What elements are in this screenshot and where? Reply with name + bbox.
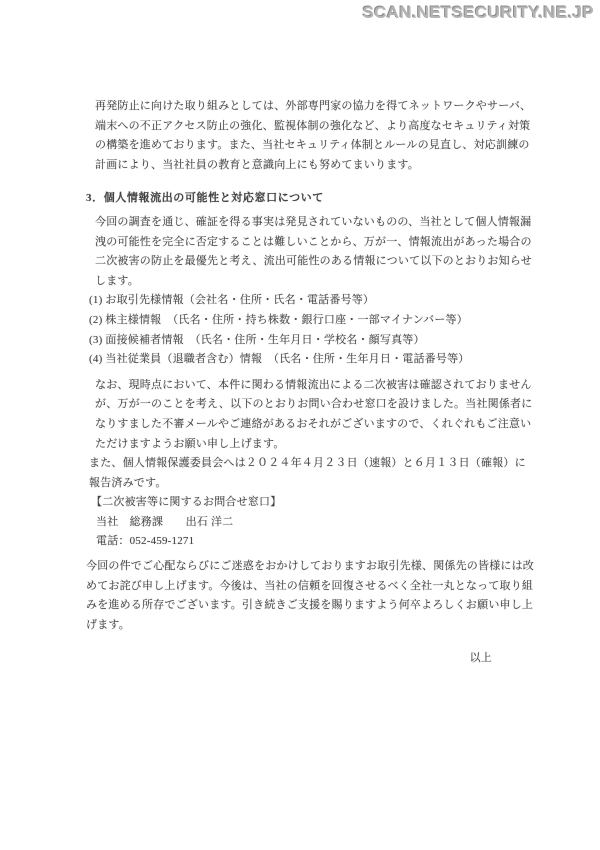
contact-window-block: 【二次被害等に関するお問合せ窓口】 当社 総務課 出石 洋二 電話：052-45… xyxy=(86,493,536,552)
text-line: ただけますようお願い申し上げます。 xyxy=(95,435,536,455)
scan-watermark: SCAN.NETSECURITY.NE.JP xyxy=(363,3,594,23)
text-line: が、万が一のことを考え、以下のとおりお問い合わせ窓口を設けました。当社関係者に xyxy=(95,395,536,415)
text-line: なお、現時点において、本件に関わる情報流出による二次被害は確認されておりません xyxy=(95,376,536,396)
leaked-info-list: (1) お取引先様情報（会社名・住所・氏名・電話番号等） (2) 株主様情報 （… xyxy=(86,291,536,369)
list-item: (1) お取引先様情報（会社名・住所・氏名・電話番号等） xyxy=(89,291,536,311)
signoff-ijou: 以上 xyxy=(86,649,536,669)
text-line: の構築を進めております。また、当社セキュリティ体制とルールの見直し、対応訓練の xyxy=(95,136,536,156)
text-line: 二次被害の防止を最優先と考え、流出可能性のある情報について以下のとおりお知らせ xyxy=(95,252,536,272)
contact-person: 当社 総務課 出石 洋二 xyxy=(86,513,536,533)
section3-heading: 3．個人情報流出の可能性と対応窓口について xyxy=(86,189,536,209)
paragraph-secondary-damage-notice: なお、現時点において、本件に関わる情報流出による二次被害は確認されておりません … xyxy=(86,376,536,454)
text-line: します。 xyxy=(95,272,536,292)
paragraph-apology: 今回の件でご心配ならびにご迷惑をおかけしておりますお取引先様、関係先の皆様には改… xyxy=(86,557,536,635)
paragraph-recurrence-prevention: 再発防止に向けた取り組みとしては、外部専門家の協力を得てネットワークやサーバ、 … xyxy=(86,97,536,175)
text-line: 今回の調査を通じ、確証を得る事実は発見されていないものの、当社として個人情報漏 xyxy=(95,213,536,233)
text-line: 再発防止に向けた取り組みとしては、外部専門家の協力を得てネットワークやサーバ、 xyxy=(95,97,536,117)
contact-window-heading: 【二次被害等に関するお問合せ窓口】 xyxy=(86,493,536,513)
paragraph-ppc-report: また、個人情報保護委員会へは２０２４年４月２３日（速報）と６月１３日（確報）に … xyxy=(86,454,536,493)
list-item: (4) 当社従業員（退職者含む）情報 （氏名・住所・生年月日・電話番号等） xyxy=(89,350,536,370)
contact-phone: 電話：052-459-1271 xyxy=(86,532,536,552)
text-line: 端末への不正アクセス防止の強化、監視体制の強化など、より高度なセキュリティ対策 xyxy=(95,117,536,137)
text-line: めてお詫び申し上げます。今後は、当社の信頼を回復させるべく全社一丸となって取り組 xyxy=(86,577,536,597)
text-line: 洩の可能性を完全に否定することは難しいことから、万が一、情報流出があった場合の xyxy=(95,233,536,253)
text-line: 報告済みです。 xyxy=(89,474,536,494)
list-item: (3) 面接候補者情報 （氏名・住所・生年月日・学校名・顔写真等） xyxy=(89,331,536,351)
scanned-document-page: SCAN.NETSECURITY.NE.JP 再発防止に向けた取り組みとしては、… xyxy=(0,0,600,850)
text-line: なりすました不審メールやご連絡があるおそれがございますので、くれぐれもご注意い xyxy=(95,415,536,435)
text-line: 計画により、当社社員の教育と意識向上にも努めてまいります。 xyxy=(95,156,536,176)
text-line: また、個人情報保護委員会へは２０２４年４月２３日（速報）と６月１３日（確報）に xyxy=(89,454,536,474)
document-body: 再発防止に向けた取り組みとしては、外部専門家の協力を得てネットワークやサーバ、 … xyxy=(86,97,536,669)
text-line: 今回の件でご心配ならびにご迷惑をおかけしておりますお取引先様、関係先の皆様には改 xyxy=(86,557,536,577)
text-line: げます。 xyxy=(86,616,536,636)
paragraph-leak-possibility: 今回の調査を通じ、確証を得る事実は発見されていないものの、当社として個人情報漏 … xyxy=(86,213,536,291)
list-item: (2) 株主様情報 （氏名・住所・持ち株数・銀行口座・一部マイナンバー等） xyxy=(89,311,536,331)
text-line: みを進める所存でございます。引き続きご支援を賜りますよう何卒よろしくお願い申し上 xyxy=(86,596,536,616)
